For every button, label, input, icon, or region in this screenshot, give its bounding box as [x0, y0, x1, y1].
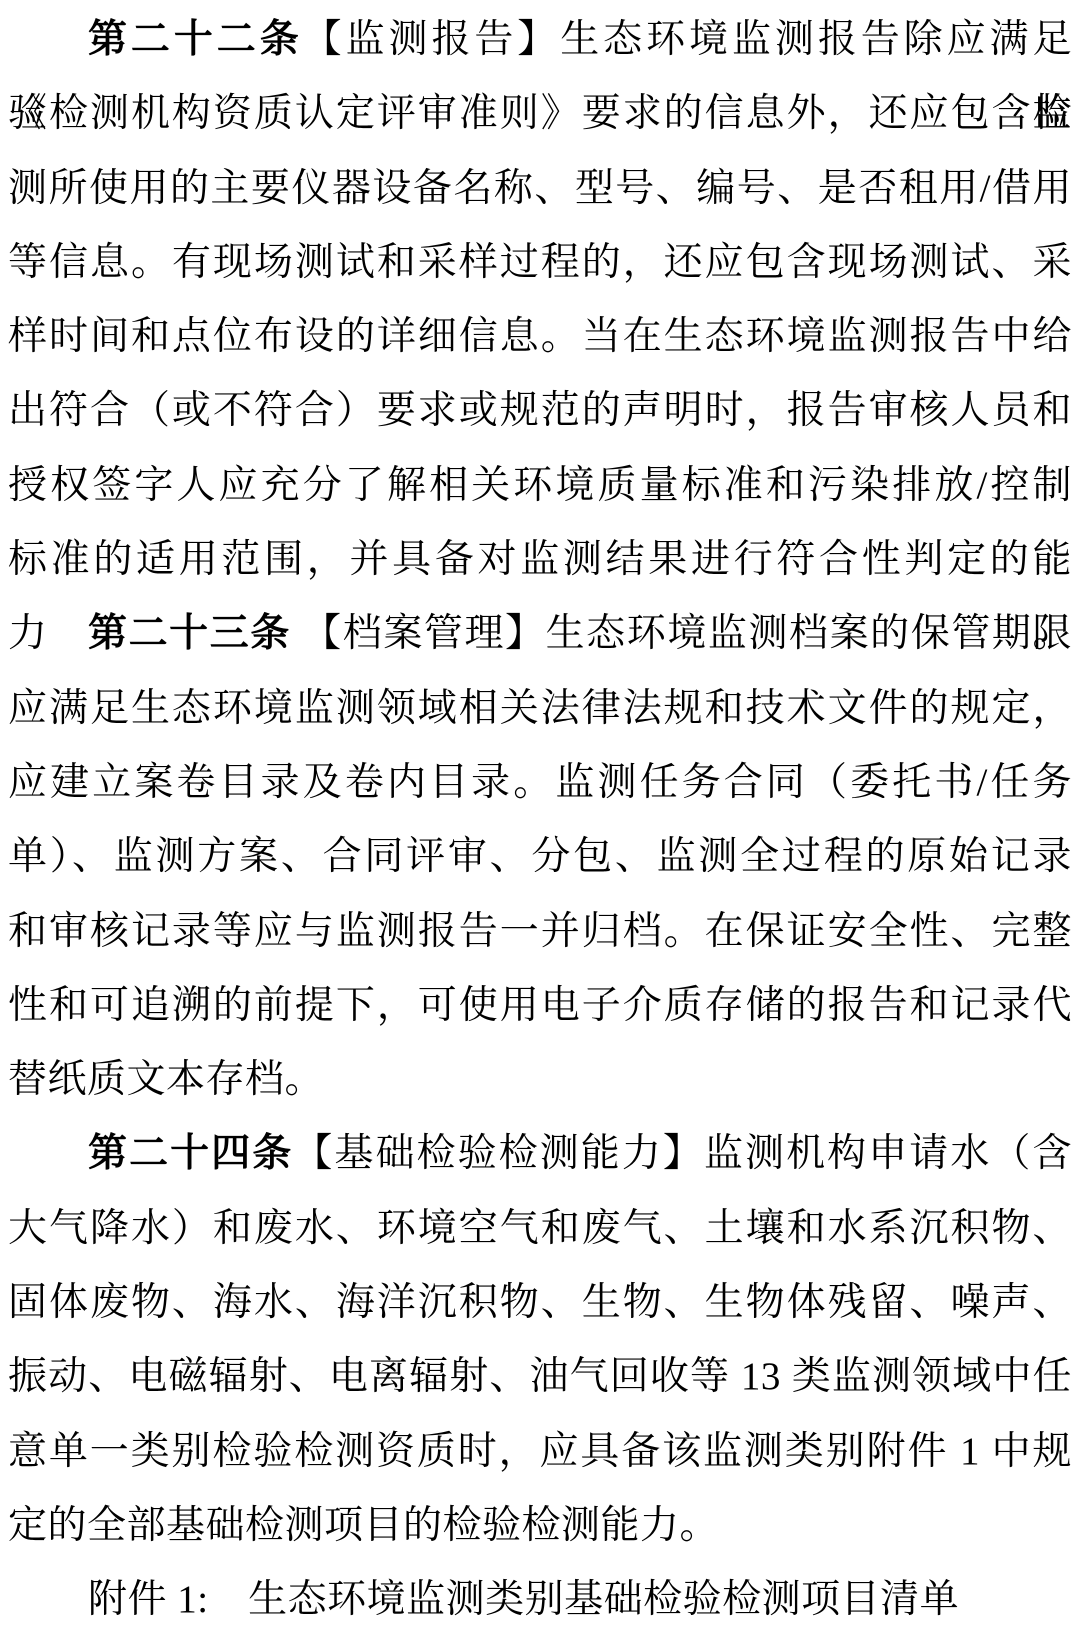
text-run: 定的全部基础检测项目的检验检测能力。 — [8, 1504, 719, 1547]
text-run: 等信息。有现场测试和采样过程的，还应包含现场测试、采 — [8, 241, 1072, 284]
text-line: 振动、电磁辐射、电离辐射、油气回收等 13 类监测领域中任 — [8, 1340, 1072, 1414]
text-line: 应建立案卷目录及卷内目录。监测任务合同（委托书/任务 — [8, 746, 1072, 820]
text-line: 第二十二条【监测报告】生态环境监测报告除应满足《检 — [8, 3, 1072, 77]
text-line: 标准的适用范围，并具备对监测结果进行符合性判定的能力。 — [8, 523, 1072, 597]
document-text-body: 第二十二条【监测报告】生态环境监测报告除应满足《检验检测机构资质认定评审准则》要… — [8, 3, 1072, 1638]
text-run: 【档案管理】生态环境监测档案的保管期限 — [291, 612, 1072, 655]
text-line: 样时间和点位布设的详细信息。当在生态环境监测报告中给 — [8, 300, 1072, 374]
text-line: 替纸质文本存档。 — [8, 1043, 1072, 1117]
text-line: 应满足生态环境监测领域相关法律法规和技术文件的规定， — [8, 672, 1072, 746]
text-run: 意单一类别检验检测资质时，应具备该监测类别附件 1 中规 — [8, 1430, 1072, 1473]
text-line: 附件 1: 生态环境监测类别基础检验检测项目清单 — [8, 1563, 1072, 1637]
text-run: 【基础检验检测能力】监测机构申请水（含 — [293, 1132, 1072, 1175]
text-run: 固体废物、海水、海洋沉积物、生物、生物体残留、噪声、 — [8, 1281, 1072, 1324]
text-line: 性和可追溯的前提下，可使用电子介质存储的报告和记录代 — [8, 969, 1072, 1043]
text-line: 大气降水）和废水、环境空气和废气、土壤和水系沉积物、 — [8, 1192, 1072, 1266]
text-run: 应建立案卷目录及卷内目录。监测任务合同（委托书/任务 — [8, 761, 1072, 804]
article-number: 第二十二条 — [88, 18, 303, 61]
text-run: 振动、电磁辐射、电离辐射、油气回收等 13 类监测领域中任 — [8, 1355, 1072, 1398]
text-run: 单）、监测方案、合同评审、分包、监测全过程的原始记录 — [8, 835, 1072, 878]
text-line: 出符合（或不符合）要求或规范的声明时，报告审核人员和 — [8, 374, 1072, 448]
text-line: 第二十三条 【档案管理】生态环境监测档案的保管期限 — [8, 597, 1072, 671]
text-line: 测所使用的主要仪器设备名称、型号、编号、是否租用/借用 — [8, 152, 1072, 226]
text-run: 应满足生态环境监测领域相关法律法规和技术文件的规定， — [8, 687, 1072, 730]
text-line: 第二十四条【基础检验检测能力】监测机构申请水（含 — [8, 1117, 1072, 1191]
text-line: 意单一类别检验检测资质时，应具备该监测类别附件 1 中规 — [8, 1415, 1072, 1489]
text-run: 测所使用的主要仪器设备名称、型号、编号、是否租用/借用 — [8, 167, 1072, 210]
article-number: 第二十三条 — [88, 612, 291, 655]
text-run: 性和可追溯的前提下，可使用电子介质存储的报告和记录代 — [8, 984, 1072, 1027]
text-run: 样时间和点位布设的详细信息。当在生态环境监测报告中给 — [8, 315, 1072, 358]
text-line: 单）、监测方案、合同评审、分包、监测全过程的原始记录 — [8, 820, 1072, 894]
text-line: 定的全部基础检测项目的检验检测能力。 — [8, 1489, 1072, 1563]
text-line: 和审核记录等应与监测报告一并归档。在保证安全性、完整 — [8, 895, 1072, 969]
text-run: 授权签字人应充分了解相关环境质量标准和污染排放/控制 — [8, 464, 1072, 507]
text-line: 等信息。有现场测试和采样过程的，还应包含现场测试、采 — [8, 226, 1072, 300]
text-run: 出符合（或不符合）要求或规范的声明时，报告审核人员和 — [8, 389, 1072, 432]
text-line: 授权签字人应充分了解相关环境质量标准和污染排放/控制 — [8, 449, 1072, 523]
text-run: 验检测机构资质认定评审准则》要求的信息外，还应包含监 — [8, 92, 1072, 135]
text-line: 验检测机构资质认定评审准则》要求的信息外，还应包含监 — [8, 77, 1072, 151]
document-page: 第二十二条【监测报告】生态环境监测报告除应满足《检验检测机构资质认定评审准则》要… — [0, 0, 1080, 1638]
article-number: 第二十四条 — [88, 1132, 293, 1175]
text-run: 替纸质文本存档。 — [8, 1058, 324, 1101]
text-run: 和审核记录等应与监测报告一并归档。在保证安全性、完整 — [8, 910, 1072, 953]
text-run: 附件 1: 生态环境监测类别基础检验检测项目清单 — [88, 1578, 959, 1621]
text-line: 固体废物、海水、海洋沉积物、生物、生物体残留、噪声、 — [8, 1266, 1072, 1340]
text-run: 大气降水）和废水、环境空气和废气、土壤和水系沉积物、 — [8, 1207, 1072, 1250]
